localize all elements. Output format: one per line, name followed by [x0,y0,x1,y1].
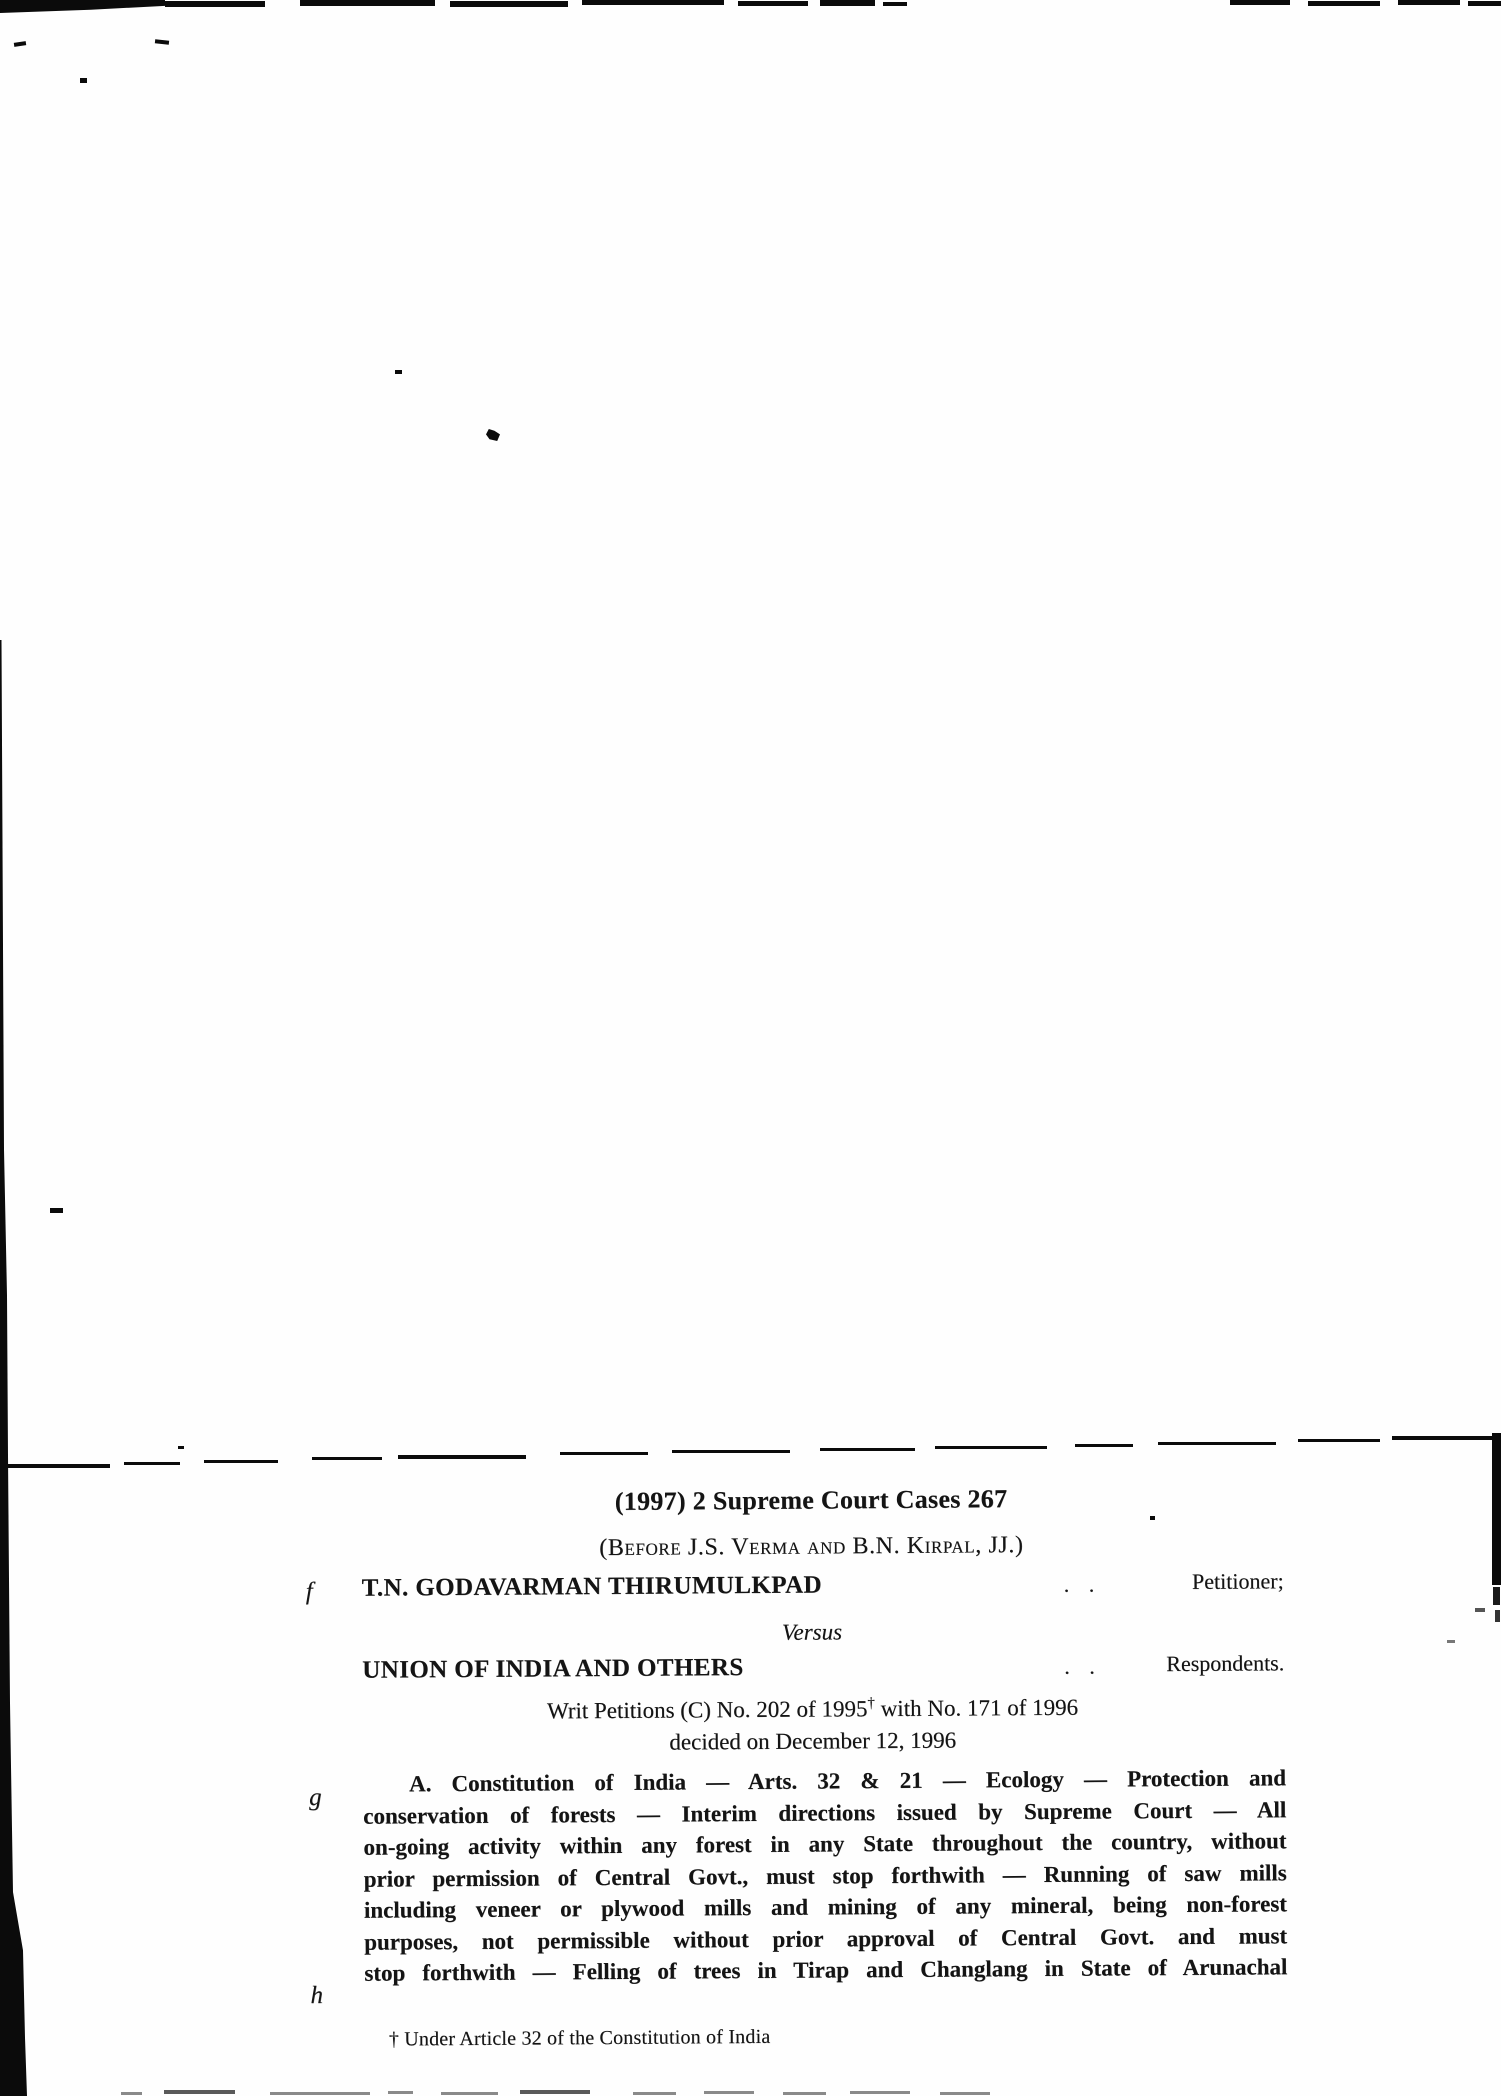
respondent-role: Respondents. [1166,1650,1284,1677]
case-citation: (1997) 2 Supreme Court Cases 267 [350,1482,1272,1518]
petitioner-row: T.N. GODAVARMAN THIRUMULKPAD . . Petitio… [362,1568,1284,1604]
headnote-paragraph: A. Constitution of India — Arts. 32 & 21… [363,1762,1288,1989]
headnote-line: stop forthwith — Felling of trees in Tir… [364,1951,1287,1989]
versus-label: Versus [351,1616,1273,1648]
petitioner-dots: . . [1064,1572,1102,1598]
petitioner-name: T.N. GODAVARMAN THIRUMULKPAD [362,1572,822,1603]
bench-line: (Before J.S. Verma and B.N. Kirpal, JJ.) [350,1530,1272,1563]
margin-letter-g: g [309,1785,322,1810]
writ-petition-text-continued: with No. 171 of 1996 [875,1695,1078,1721]
decision-date-line: decided on December 12, 1996 [352,1725,1274,1757]
respondent-row: UNION OF INDIA AND OTHERS . . Respondent… [362,1650,1284,1686]
respondent-name: UNION OF INDIA AND OTHERS [362,1654,744,1685]
writ-petition-line: Writ Petitions (C) No. 202 of 1995† with… [351,1693,1273,1725]
margin-letter-f: f [306,1579,313,1604]
writ-petition-text: Writ Petitions (C) No. 202 of 1995 [547,1696,868,1723]
footnote: † Under Article 32 of the Constitution o… [389,2026,771,2052]
petitioner-role: Petitioner; [1192,1568,1284,1595]
margin-letter-h: h [310,1983,323,2008]
respondent-dots: . . [1064,1654,1102,1680]
scanned-document-page: (1997) 2 Supreme Court Cases 267 (Before… [0,0,1501,2096]
case-report-text: (1997) 2 Supreme Court Cases 267 (Before… [0,0,1501,2096]
